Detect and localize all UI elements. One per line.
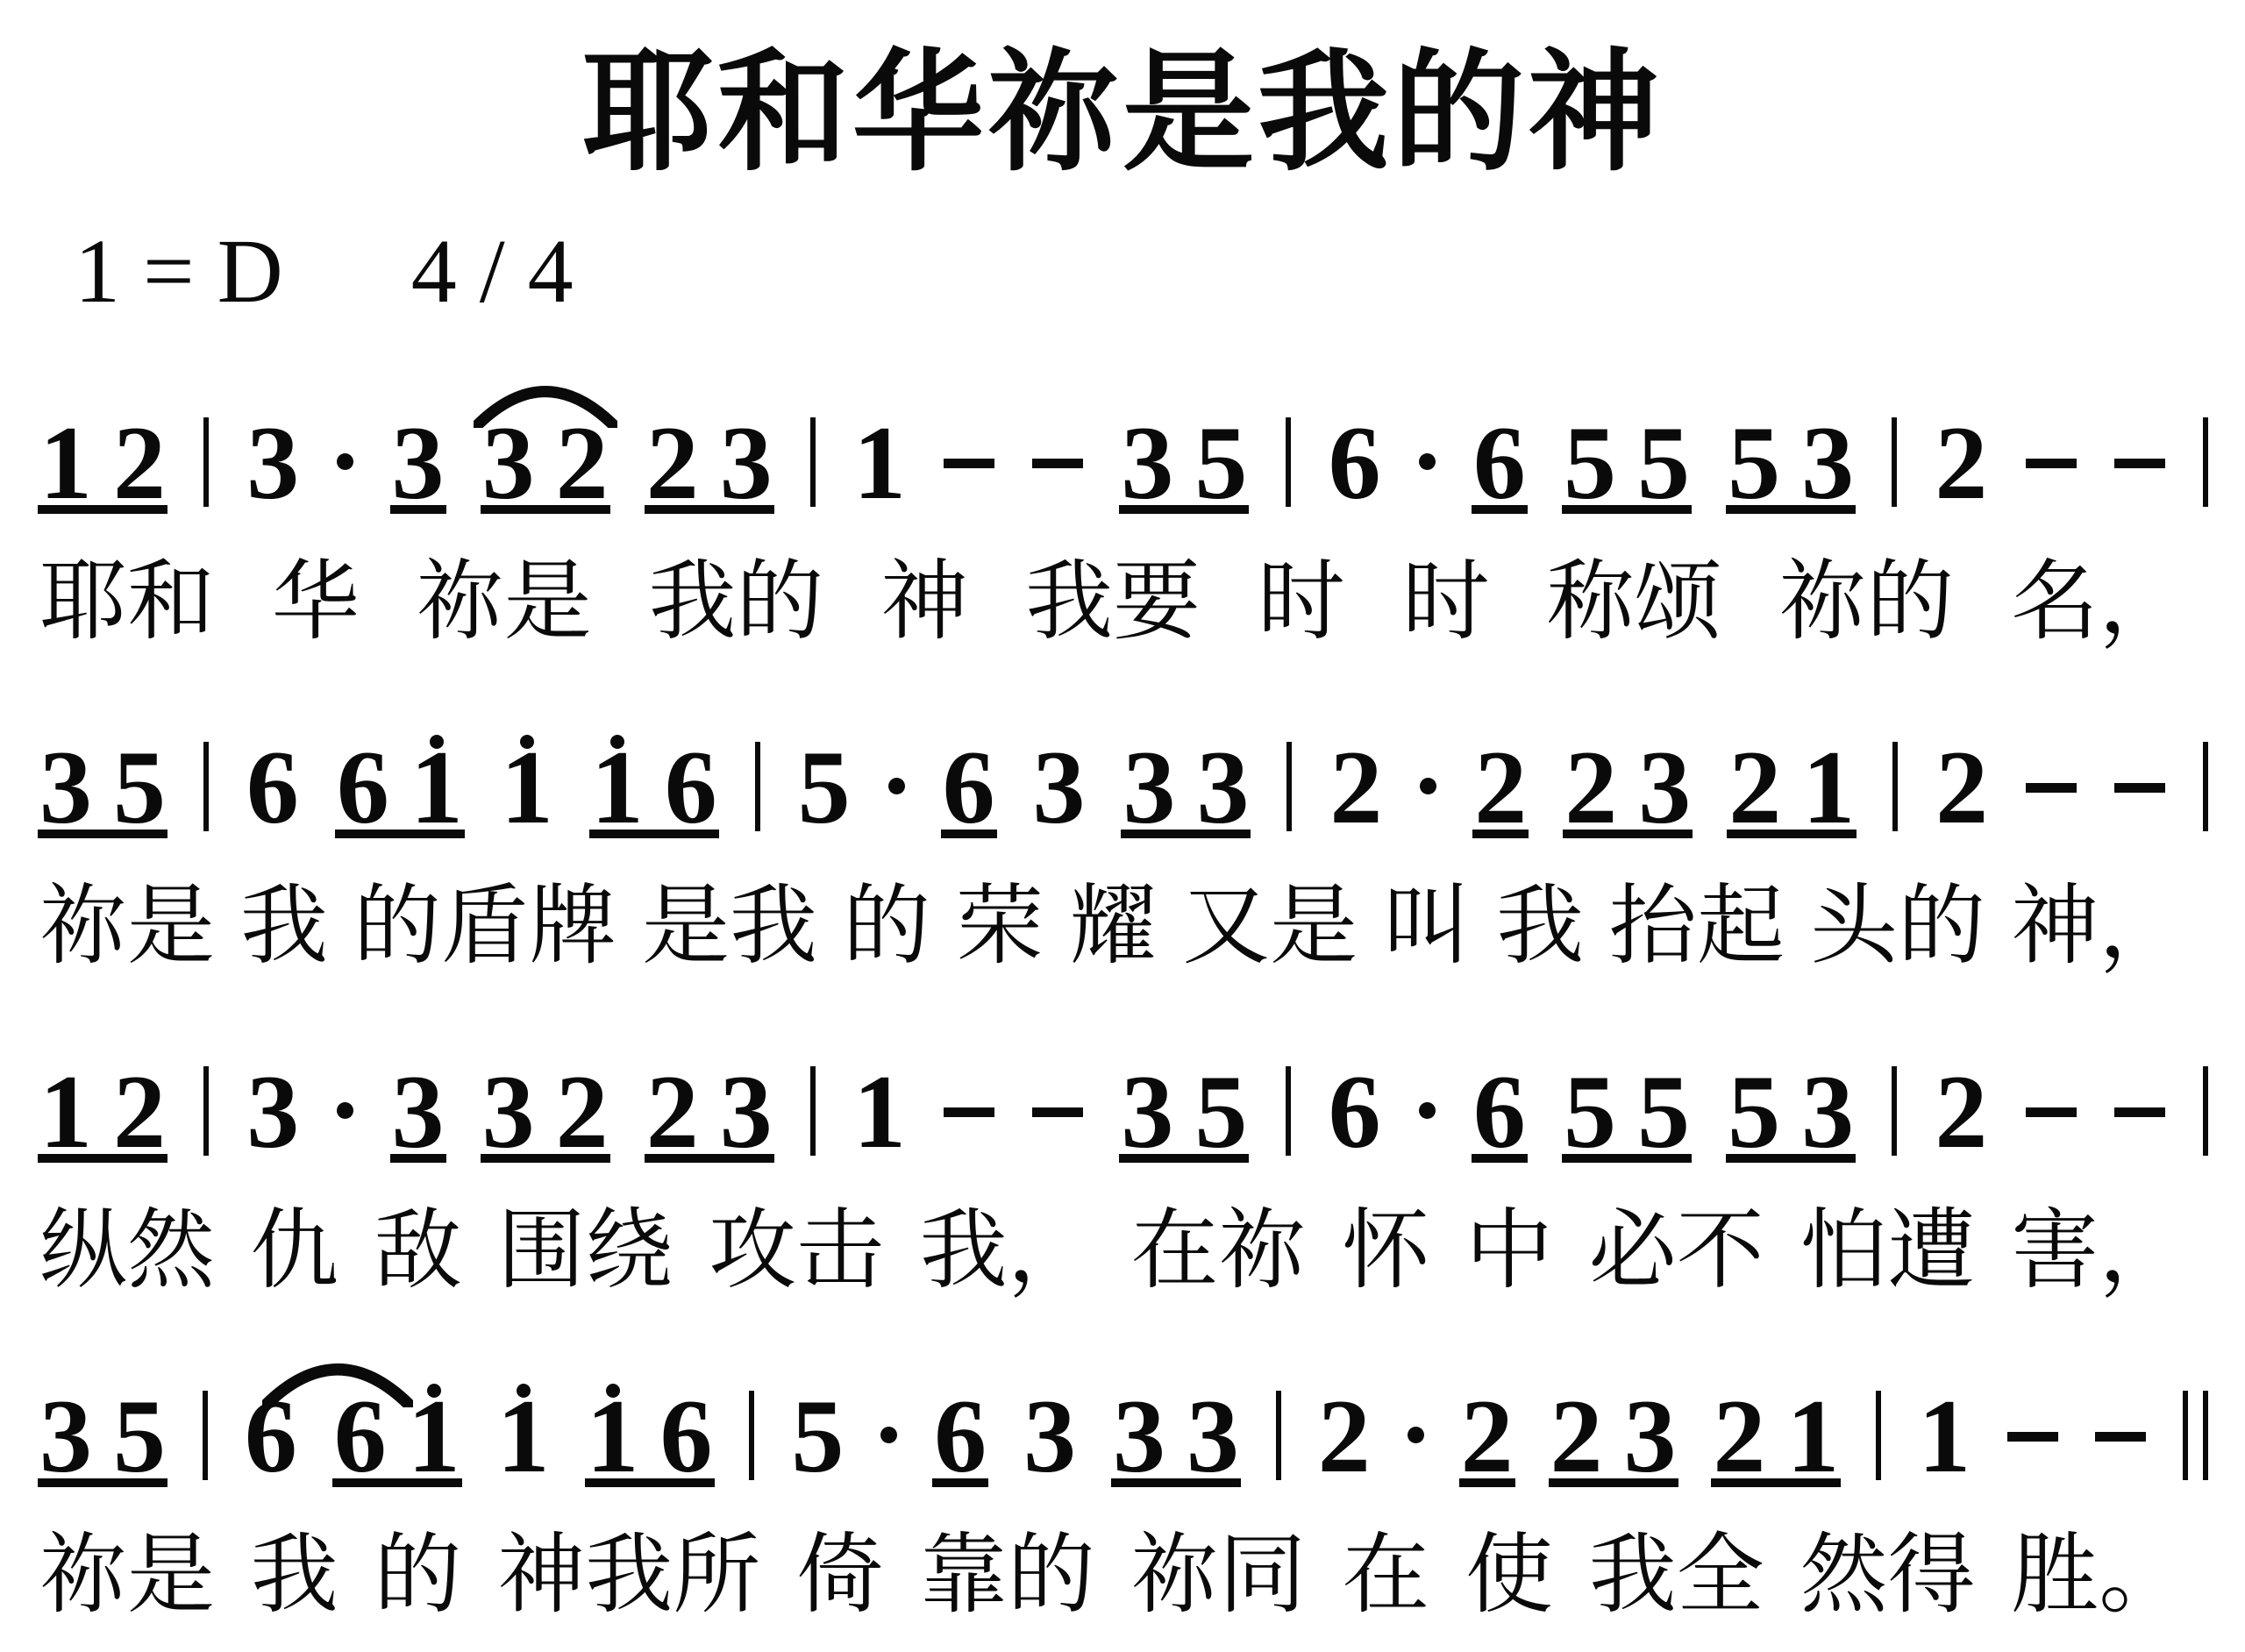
beam-group: 21 <box>1713 1392 1839 1480</box>
note-digit: 1 <box>501 744 553 831</box>
note-digit: 3 <box>1801 419 1854 507</box>
beam-group: 3 <box>392 419 445 507</box>
note-digit: 3 <box>1023 1392 1076 1480</box>
note: 2 <box>1550 1392 1603 1480</box>
note-digit: 2 <box>1564 744 1617 831</box>
note: 3 <box>39 744 92 831</box>
note-digit: 2 <box>1713 1392 1765 1480</box>
note: 1 <box>1786 1392 1839 1480</box>
lyric-syllable: 我的 <box>648 556 823 648</box>
note: 6 <box>1329 419 1381 507</box>
note: 6 <box>665 744 717 831</box>
note-digit: 3 <box>39 744 92 831</box>
note: 2 <box>1474 744 1527 831</box>
note-digit: 3 <box>246 1068 299 1156</box>
augmentation-dot <box>1408 1427 1424 1443</box>
note: 6 <box>943 744 995 831</box>
lyric-syllable: 必不 <box>1589 1205 1764 1297</box>
lyric-syllable: 华 <box>272 556 360 648</box>
beam-group: 55 <box>1564 419 1690 507</box>
note-digit: 3 <box>720 419 773 507</box>
beam-group: 33 <box>1122 744 1249 831</box>
notes-row-1: 123332231356655532 <box>39 419 2208 507</box>
note: 6 <box>1473 1068 1526 1156</box>
note-digit: 1 <box>408 1392 460 1480</box>
note-digit: 1 <box>1918 1392 1971 1480</box>
slur-arc <box>474 370 617 428</box>
barline <box>1892 742 1898 831</box>
note-digit: 5 <box>791 1392 844 1480</box>
lyric-syllable: 敌 <box>374 1205 462 1297</box>
note-digit: 1 <box>410 744 463 831</box>
final-barline <box>2183 1391 2208 1480</box>
duration-dash <box>944 459 994 468</box>
augmentation-dot <box>1419 1102 1436 1119</box>
lyric-syllable: 使 <box>1465 1529 1553 1621</box>
note: 6 <box>660 1392 713 1480</box>
note-digit: 2 <box>1461 1392 1514 1480</box>
note-digit: 2 <box>646 419 699 507</box>
note: 3 <box>1121 1068 1173 1156</box>
barline <box>1876 1391 1881 1480</box>
lyric-syllable: 胜。 <box>2011 1529 2186 1621</box>
augmentation-dot <box>880 1427 897 1443</box>
barline <box>755 742 760 831</box>
note-digit: 2 <box>556 419 609 507</box>
note-digit: 3 <box>1122 744 1175 831</box>
note: 2 <box>1935 1068 1987 1156</box>
note-digit: 5 <box>798 744 851 831</box>
lyric-syllable: 怕遭 <box>1800 1205 1976 1297</box>
beam-group: 23 <box>1550 1392 1677 1480</box>
lyric-syllable: 然得 <box>1800 1529 1976 1621</box>
key-time-line: 1 = D 4 / 4 <box>75 226 574 317</box>
note: 1 <box>39 1068 92 1156</box>
high-octave-dot <box>427 1384 441 1398</box>
time-signature: 4 / 4 <box>411 221 574 322</box>
lyric-syllable: 在 <box>1342 1529 1429 1621</box>
duration-dash <box>2114 783 2165 793</box>
note-digit: 1 <box>1786 1392 1839 1480</box>
note-digit: 6 <box>246 744 299 831</box>
note-digit: 1 <box>587 1392 639 1480</box>
note-digit: 2 <box>1550 1392 1603 1480</box>
note-digit: 1 <box>591 744 644 831</box>
beam-group: 61 <box>334 1392 460 1480</box>
lyric-syllable: 的 <box>843 880 930 972</box>
note-digit: 6 <box>1329 419 1381 507</box>
lyric-syllable: 我要 <box>1025 556 1201 648</box>
lyric-syllable: 怀 <box>1342 1205 1429 1297</box>
lyric-syllable: 我 <box>251 1529 339 1621</box>
note: 1 <box>408 1392 460 1480</box>
note: 5 <box>791 1392 844 1480</box>
note-digit: 3 <box>482 419 535 507</box>
note: 3 <box>1023 1392 1076 1480</box>
note: 5 <box>1194 419 1247 507</box>
barline <box>1286 417 1291 507</box>
note-digit: 3 <box>1033 744 1086 831</box>
note-digit: 3 <box>482 1068 535 1156</box>
beam-group: 2 <box>1461 1392 1514 1480</box>
beam-group: 32 <box>482 1068 609 1156</box>
note: 3 <box>720 419 773 507</box>
barline <box>2203 1066 2208 1156</box>
note-digit: 3 <box>1196 744 1249 831</box>
augmentation-dot <box>888 778 905 794</box>
beam-group: 6 <box>1473 1068 1526 1156</box>
note-digit: 2 <box>1728 744 1781 831</box>
music-system-1: 123332231356655532 耶和华祢是我的神我要时时称颂祢的名， <box>39 419 2208 648</box>
note: 6 <box>337 744 389 831</box>
lyric-syllable: 在祢 <box>1131 1205 1307 1297</box>
duration-dash <box>2095 1432 2146 1442</box>
note-digit: 1 <box>1802 744 1855 831</box>
note-digit: 6 <box>1473 419 1526 507</box>
note: 5 <box>113 1392 166 1480</box>
note: 1 <box>501 744 553 831</box>
lyric-syllable: 叫 <box>1383 880 1471 972</box>
lyric-syllable: 祢是 <box>39 1529 215 1621</box>
note: 2 <box>556 419 609 507</box>
note: 3 <box>1196 744 1249 831</box>
note-digit: 5 <box>1194 419 1247 507</box>
beam-group: 12 <box>39 419 166 507</box>
note: 2 <box>1935 744 1988 831</box>
note: 6 <box>334 1392 387 1480</box>
barline <box>203 1066 209 1156</box>
note-digit: 5 <box>113 1392 166 1480</box>
lyric-syllable: 耀 <box>1069 880 1157 972</box>
note-digit: 3 <box>246 419 299 507</box>
note-digit: 2 <box>1329 744 1382 831</box>
lyric-syllable: 耶和 <box>39 556 215 648</box>
note: 1 <box>853 419 906 507</box>
augmentation-dot <box>1419 453 1436 470</box>
note: 3 <box>392 1068 445 1156</box>
note: 5 <box>1637 419 1690 507</box>
high-octave-dot <box>520 735 534 749</box>
lyric-syllable: 我 <box>240 880 328 972</box>
note: 3 <box>246 1068 299 1156</box>
lyric-syllable: 害， <box>2011 1205 2186 1297</box>
notes-row-2: 35661116563332223212 <box>39 744 2208 831</box>
note-digit: 1 <box>853 419 906 507</box>
note-digit: 3 <box>1801 1068 1854 1156</box>
lyric-syllable: 我， <box>920 1205 1095 1297</box>
slur-arc-wrap <box>474 370 617 410</box>
note-digit: 6 <box>934 1392 987 1480</box>
beam-group: 6 <box>1473 419 1526 507</box>
note: 6 <box>1473 419 1526 507</box>
note-digit: 5 <box>1728 1068 1780 1156</box>
note: 3 <box>392 419 445 507</box>
lyrics-row-3: 纵然仇敌围绕攻击我，在祢怀中必不怕遭害， <box>39 1205 2186 1297</box>
note: 1 <box>1802 744 1855 831</box>
note-digit: 2 <box>1474 744 1527 831</box>
note-digit: 2 <box>556 1068 609 1156</box>
lyric-syllable: 名， <box>2011 556 2186 648</box>
note: 3 <box>246 419 299 507</box>
lyrics-row-4: 祢是我的神我所倚靠的祢同在使我全然得胜。 <box>39 1529 2186 1621</box>
barline <box>1892 1066 1897 1156</box>
notes-row-3: 123332231356655532 <box>39 1068 2208 1156</box>
note: 3 <box>1187 1392 1239 1480</box>
lyrics-row-2: 祢是我的盾牌是我的荣耀又是叫我抬起头的神， <box>39 880 2186 972</box>
key-signature: 1 = D <box>75 221 283 322</box>
note: 3 <box>1801 1068 1854 1156</box>
duration-dash <box>2007 1432 2058 1442</box>
duration-dash <box>2114 459 2165 468</box>
note: 2 <box>646 1068 699 1156</box>
note-digit: 3 <box>720 1068 773 1156</box>
note-digit: 2 <box>1935 744 1988 831</box>
note: 2 <box>1935 419 1987 507</box>
duration-dash <box>2026 1107 2077 1117</box>
lyric-syllable: 仇 <box>251 1205 339 1297</box>
beam-group: 16 <box>591 744 717 831</box>
lyric-syllable: 荣 <box>956 880 1044 972</box>
music-system-4: 35661116563332223211 祢是我的神我所倚靠的祢同在使我全然得胜… <box>39 1392 2208 1621</box>
note-digit: 2 <box>1318 1392 1371 1480</box>
lyric-syllable: 围绕 <box>497 1205 673 1297</box>
music-system-2: 35661116563332223212 祢是我的盾牌是我的荣耀又是叫我抬起头的… <box>39 744 2208 972</box>
note-digit: 6 <box>660 1392 713 1480</box>
note-digit: 6 <box>1329 1068 1381 1156</box>
duration-dash <box>944 1107 994 1117</box>
duration-dash <box>2026 459 2077 468</box>
high-octave-dot <box>606 1384 620 1398</box>
beam-group: 55 <box>1564 1068 1690 1156</box>
note: 5 <box>798 744 851 831</box>
note: 6 <box>246 744 299 831</box>
beam-group: 2 <box>1474 744 1527 831</box>
note-digit: 3 <box>1121 1068 1173 1156</box>
note: 3 <box>1033 744 1086 831</box>
note: 5 <box>1637 1068 1690 1156</box>
beam-group: 35 <box>1121 1068 1247 1156</box>
lyric-syllable: 时 <box>1402 556 1490 648</box>
lyric-syllable: 神 <box>880 556 968 648</box>
note: 2 <box>1564 744 1617 831</box>
beam-group: 16 <box>587 1392 713 1480</box>
beam-group: 35 <box>1121 419 1247 507</box>
lyric-syllable: 的 <box>374 1529 462 1621</box>
note: 3 <box>720 1068 773 1156</box>
note: 3 <box>1801 419 1854 507</box>
note: 2 <box>1318 1392 1371 1480</box>
barline <box>2203 417 2208 507</box>
note-digit: 5 <box>113 744 166 831</box>
note-digit: 2 <box>1935 419 1987 507</box>
lyric-syllable: 靠的 <box>920 1529 1095 1621</box>
note-digit: 3 <box>1187 1392 1239 1480</box>
note-digit: 2 <box>113 419 166 507</box>
note-digit: 6 <box>1473 1068 1526 1156</box>
song-title: 耶和华祢是我的神 <box>0 42 2245 187</box>
lyric-syllable: 倚 <box>796 1529 884 1621</box>
note-digit: 3 <box>1121 419 1173 507</box>
barline <box>1286 1066 1291 1156</box>
beam-group: 23 <box>1564 744 1691 831</box>
note: 3 <box>1113 1392 1165 1480</box>
beam-group: 35 <box>39 744 166 831</box>
barline <box>203 417 209 507</box>
lyric-syllable: 是我 <box>642 880 817 972</box>
note: 2 <box>556 1068 609 1156</box>
note-digit: 5 <box>1564 1068 1616 1156</box>
note-digit: 1 <box>39 1068 92 1156</box>
note-digit: 3 <box>392 1068 445 1156</box>
note: 3 <box>482 419 535 507</box>
note: 1 <box>853 1068 906 1156</box>
high-octave-dot <box>430 735 444 749</box>
lyric-syllable: 又是 <box>1182 880 1358 972</box>
note-digit: 5 <box>1194 1068 1247 1156</box>
note-digit: 6 <box>337 744 389 831</box>
note: 3 <box>1638 744 1691 831</box>
beam-group: 3 <box>392 1068 445 1156</box>
note-digit: 1 <box>39 419 92 507</box>
beam-group: 6 <box>934 1392 987 1480</box>
lyric-syllable: 我 <box>1496 880 1584 972</box>
note: 1 <box>497 1392 550 1480</box>
lyric-syllable: 攻击 <box>709 1205 884 1297</box>
note: 6 <box>934 1392 987 1480</box>
beam-group: 23 <box>646 1068 773 1156</box>
note: 3 <box>1121 419 1173 507</box>
note-digit: 6 <box>665 744 717 831</box>
note: 6 <box>245 1392 297 1480</box>
beam-group: 12 <box>39 1068 166 1156</box>
duration-dash <box>1032 1107 1083 1117</box>
note-digit: 1 <box>497 1392 550 1480</box>
beam-group: 53 <box>1728 419 1854 507</box>
note: 2 <box>1329 744 1382 831</box>
note: 2 <box>113 1068 166 1156</box>
augmentation-dot <box>1420 778 1436 794</box>
note: 5 <box>1728 419 1780 507</box>
lyric-syllable: 祢是 <box>39 880 215 972</box>
note-digit: 2 <box>1935 1068 1987 1156</box>
augmentation-dot <box>337 453 353 470</box>
note: 3 <box>1122 744 1175 831</box>
note-digit: 2 <box>646 1068 699 1156</box>
lyric-syllable: 称颂 <box>1547 556 1722 648</box>
note: 1 <box>591 744 644 831</box>
note-digit: 5 <box>1637 419 1690 507</box>
note: 5 <box>1564 1068 1616 1156</box>
note-digit: 6 <box>943 744 995 831</box>
note: 2 <box>646 419 699 507</box>
duration-dash <box>2026 783 2077 793</box>
note: 5 <box>1728 1068 1780 1156</box>
note-digit: 3 <box>1113 1392 1165 1480</box>
music-system-3: 123332231356655532 纵然仇敌围绕攻击我，在祢怀中必不怕遭害， <box>39 1068 2208 1297</box>
note-digit: 5 <box>1637 1068 1690 1156</box>
barline <box>810 417 816 507</box>
note: 2 <box>1713 1392 1765 1480</box>
duration-dash <box>2114 1107 2165 1117</box>
note: 5 <box>113 744 166 831</box>
lyric-syllable: 中 <box>1465 1205 1553 1297</box>
sheet-music-page: 耶和华祢是我的神 1 = D 4 / 4 123332231356655532 … <box>0 0 2245 1652</box>
barline <box>1286 742 1292 831</box>
notes-row-4: 35661116563332223211 <box>39 1392 2208 1480</box>
beam-group: 53 <box>1728 1068 1854 1156</box>
note: 1 <box>587 1392 639 1480</box>
lyric-syllable: 抬起 <box>1609 880 1785 972</box>
note-digit: 3 <box>39 1392 92 1480</box>
beam-group: 32 <box>482 419 609 507</box>
lyric-syllable: 头的 <box>1810 880 1985 972</box>
beam-group: 33 <box>1113 1392 1239 1480</box>
note: 1 <box>1918 1392 1971 1480</box>
lyric-syllable: 祢是 <box>417 556 592 648</box>
note: 2 <box>1461 1392 1514 1480</box>
note: 5 <box>1564 419 1616 507</box>
note-digit: 3 <box>1624 1392 1677 1480</box>
lyric-syllable: 我全 <box>1589 1529 1764 1621</box>
barline <box>1276 1391 1281 1480</box>
lyric-syllable: 的盾牌 <box>353 880 616 972</box>
lyric-syllable: 祢同 <box>1131 1529 1307 1621</box>
high-octave-dot <box>610 735 624 749</box>
augmentation-dot <box>337 1102 353 1119</box>
note-digit: 1 <box>853 1068 906 1156</box>
barline <box>2203 742 2208 831</box>
note-digit: 3 <box>1638 744 1691 831</box>
note-digit: 3 <box>392 419 445 507</box>
note: 3 <box>1624 1392 1677 1480</box>
lyric-syllable: 神我所 <box>497 1529 760 1621</box>
beam-group: 6 <box>943 744 995 831</box>
note-digit: 2 <box>113 1068 166 1156</box>
note-digit: 5 <box>1564 419 1616 507</box>
beam-group: 61 <box>337 744 463 831</box>
beam-group: 21 <box>1728 744 1855 831</box>
beam-group: 35 <box>39 1392 166 1480</box>
note-digit: 6 <box>334 1392 387 1480</box>
lyric-syllable: 神， <box>2011 880 2186 972</box>
note-digit: 5 <box>1728 419 1780 507</box>
note: 3 <box>482 1068 535 1156</box>
note: 1 <box>39 419 92 507</box>
note: 2 <box>1728 744 1781 831</box>
barline <box>1892 417 1897 507</box>
barline <box>749 1391 754 1480</box>
lyric-syllable: 祢的 <box>1778 556 1954 648</box>
barline <box>203 742 209 831</box>
duration-dash <box>1032 459 1083 468</box>
barline <box>203 1391 208 1480</box>
barline <box>810 1066 816 1156</box>
lyrics-row-1: 耶和华祢是我的神我要时时称颂祢的名， <box>39 556 2186 648</box>
high-octave-dot <box>517 1384 531 1398</box>
note: 1 <box>410 744 463 831</box>
note: 5 <box>1194 1068 1247 1156</box>
lyric-syllable: 纵然 <box>39 1205 215 1297</box>
note: 3 <box>39 1392 92 1480</box>
note: 6 <box>1329 1068 1381 1156</box>
beam-group: 23 <box>646 419 773 507</box>
note: 2 <box>113 419 166 507</box>
lyric-syllable: 时 <box>1258 556 1345 648</box>
